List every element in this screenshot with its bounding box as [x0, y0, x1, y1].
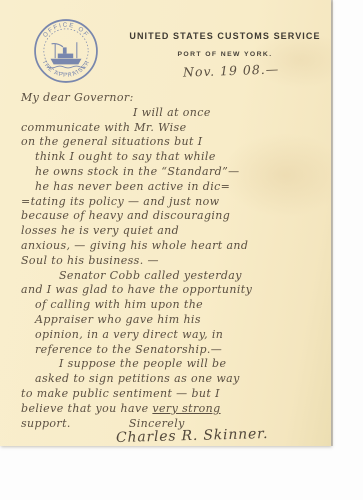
- date-line: Nov. 19 08.—: [183, 61, 280, 79]
- underlined-phrase: very strong: [152, 402, 220, 415]
- letter-line: I will at once: [21, 106, 323, 121]
- letter-line: because of heavy and discouraging: [21, 209, 323, 224]
- letter-line: opinion, in a very direct way, in: [21, 328, 323, 343]
- steamship-icon: [47, 42, 84, 68]
- letter-line: losses he is very quiet and: [21, 224, 323, 239]
- letterhead: UNITED STATES CUSTOMS SERVICE PORT OF NE…: [118, 31, 332, 58]
- appraiser-office-seal: OFFICE OF THE APPRAISER: [33, 18, 99, 84]
- letter-line: he has never been active in dic=: [21, 180, 323, 195]
- letter-line: of calling with him upon the: [21, 298, 323, 313]
- salutation: My dear Governor:: [21, 91, 323, 106]
- letter-line: and I was glad to have the opportunity: [21, 283, 323, 298]
- letter-page: OFFICE OF THE APPRAISER UNITED STATES CU…: [0, 0, 331, 446]
- letter-body: My dear Governor: I will at once communi…: [21, 91, 323, 431]
- scanned-letter-background: OFFICE OF THE APPRAISER UNITED STATES CU…: [0, 0, 363, 500]
- letter-line: Senator Cobb called yesterday: [21, 269, 323, 284]
- letter-line: to make public sentiment — but I: [21, 387, 323, 402]
- letter-line: Appraiser who gave him his: [21, 313, 323, 328]
- page-edge-shadow: [331, 0, 333, 446]
- letterhead-title: UNITED STATES CUSTOMS SERVICE: [118, 31, 332, 41]
- letter-line: reference to the Senatorship.—: [21, 343, 323, 358]
- letter-line: on the general situations but I: [21, 135, 323, 150]
- letter-line: anxious, — giving his whole heart and: [21, 239, 323, 254]
- support-word: support.: [21, 417, 71, 430]
- letter-line: Soul to his business. —: [21, 254, 323, 269]
- letter-line: communicate with Mr. Wise: [21, 121, 323, 136]
- letterhead-subtitle: PORT OF NEW YORK.: [118, 51, 332, 58]
- letter-line-underlined: believe that you have very strong: [21, 402, 323, 417]
- letter-line: he owns stock in the “Standard”—: [21, 165, 323, 180]
- letter-line: I suppose the people will be: [21, 357, 323, 372]
- signature: Charles R. Skinner.: [116, 426, 269, 446]
- underline-line-prefix: believe that you have: [21, 402, 152, 415]
- letter-line: =tating its policy — and just now: [21, 195, 323, 210]
- letter-line: think I ought to say that while: [21, 150, 323, 165]
- letter-line: asked to sign petitions as one way: [21, 372, 323, 387]
